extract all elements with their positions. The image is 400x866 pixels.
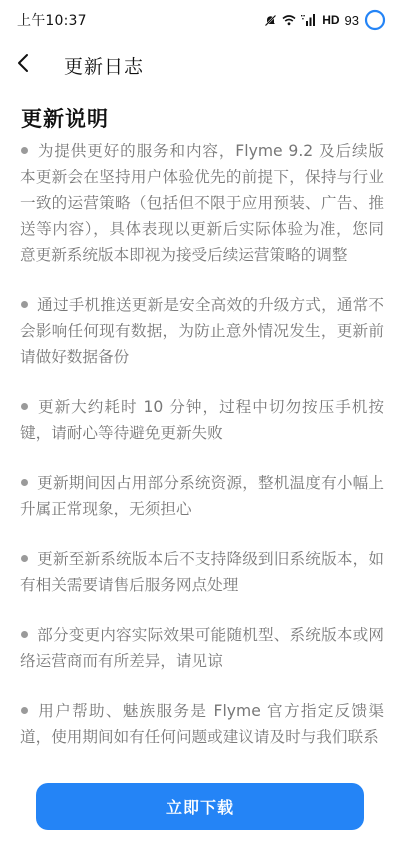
bullet-icon bbox=[21, 707, 28, 714]
signal-icon bbox=[301, 14, 317, 26]
note-item: 为提供更好的服务和内容，Flyme 9.2 及后续版本更新会在坚持用户体验优先的… bbox=[20, 138, 384, 268]
note-item: 更新期间因占用部分系统资源，整机温度有小幅上升属正常现象，无须担心 bbox=[20, 470, 384, 522]
status-bar: 上午10:37 bbox=[0, 0, 400, 40]
note-text: 部分变更内容实际效果可能随机型、系统版本或网络运营商而有所差异，请见谅 bbox=[20, 626, 384, 670]
bullet-icon bbox=[21, 479, 28, 486]
chevron-left-icon bbox=[16, 52, 30, 78]
note-item: 更新至新系统版本后不支持降级到旧系统版本，如有相关需要请售后服务网点处理 bbox=[20, 546, 384, 598]
section-title: 更新说明 bbox=[21, 104, 384, 134]
bullet-icon bbox=[21, 631, 28, 638]
download-now-button[interactable]: 立即下载 bbox=[36, 783, 364, 830]
status-icons: HD 93 bbox=[264, 9, 386, 31]
network-type: HD bbox=[322, 13, 339, 27]
status-time: 上午10:37 bbox=[17, 10, 87, 30]
bullet-icon bbox=[21, 301, 28, 308]
battery-level: 93 bbox=[345, 13, 359, 28]
note-item: 部分变更内容实际效果可能随机型、系统版本或网络运营商而有所差异，请见谅 bbox=[20, 622, 384, 674]
mute-bell-icon bbox=[264, 14, 277, 27]
wifi-icon bbox=[282, 14, 296, 26]
note-text: 为提供更好的服务和内容，Flyme 9.2 及后续版本更新会在坚持用户体验优先的… bbox=[20, 142, 384, 264]
app-header: 更新日志 bbox=[0, 44, 400, 86]
update-notes-content: 更新说明 为提供更好的服务和内容，Flyme 9.2 及后续版本更新会在坚持用户… bbox=[20, 104, 384, 774]
page-title: 更新日志 bbox=[64, 52, 144, 79]
note-text: 通过手机推送更新是安全高效的升级方式，通常不会影响任何现有数据，为防止意外情况发… bbox=[20, 296, 384, 366]
battery-ring-icon bbox=[364, 9, 386, 31]
bullet-icon bbox=[21, 147, 28, 154]
notes-list: 为提供更好的服务和内容，Flyme 9.2 及后续版本更新会在坚持用户体验优先的… bbox=[20, 138, 384, 750]
note-item: 更新大约耗时 10 分钟，过程中切勿按压手机按键，请耐心等待避免更新失败 bbox=[20, 394, 384, 446]
update-log-screen: 上午10:37 bbox=[0, 0, 400, 866]
note-text: 更新大约耗时 10 分钟，过程中切勿按压手机按键，请耐心等待避免更新失败 bbox=[20, 398, 384, 442]
note-text: 更新至新系统版本后不支持降级到旧系统版本，如有相关需要请售后服务网点处理 bbox=[20, 550, 384, 594]
bullet-icon bbox=[21, 403, 28, 410]
bullet-icon bbox=[21, 555, 28, 562]
note-text: 用户帮助、魅族服务是 Flyme 官方指定反馈渠道，使用期间如有任何问题或建议请… bbox=[20, 702, 384, 746]
note-item: 用户帮助、魅族服务是 Flyme 官方指定反馈渠道，使用期间如有任何问题或建议请… bbox=[20, 698, 384, 750]
note-item: 通过手机推送更新是安全高效的升级方式，通常不会影响任何现有数据，为防止意外情况发… bbox=[20, 292, 384, 370]
note-text: 更新期间因占用部分系统资源，整机温度有小幅上升属正常现象，无须担心 bbox=[20, 474, 384, 518]
back-button[interactable] bbox=[16, 44, 60, 86]
